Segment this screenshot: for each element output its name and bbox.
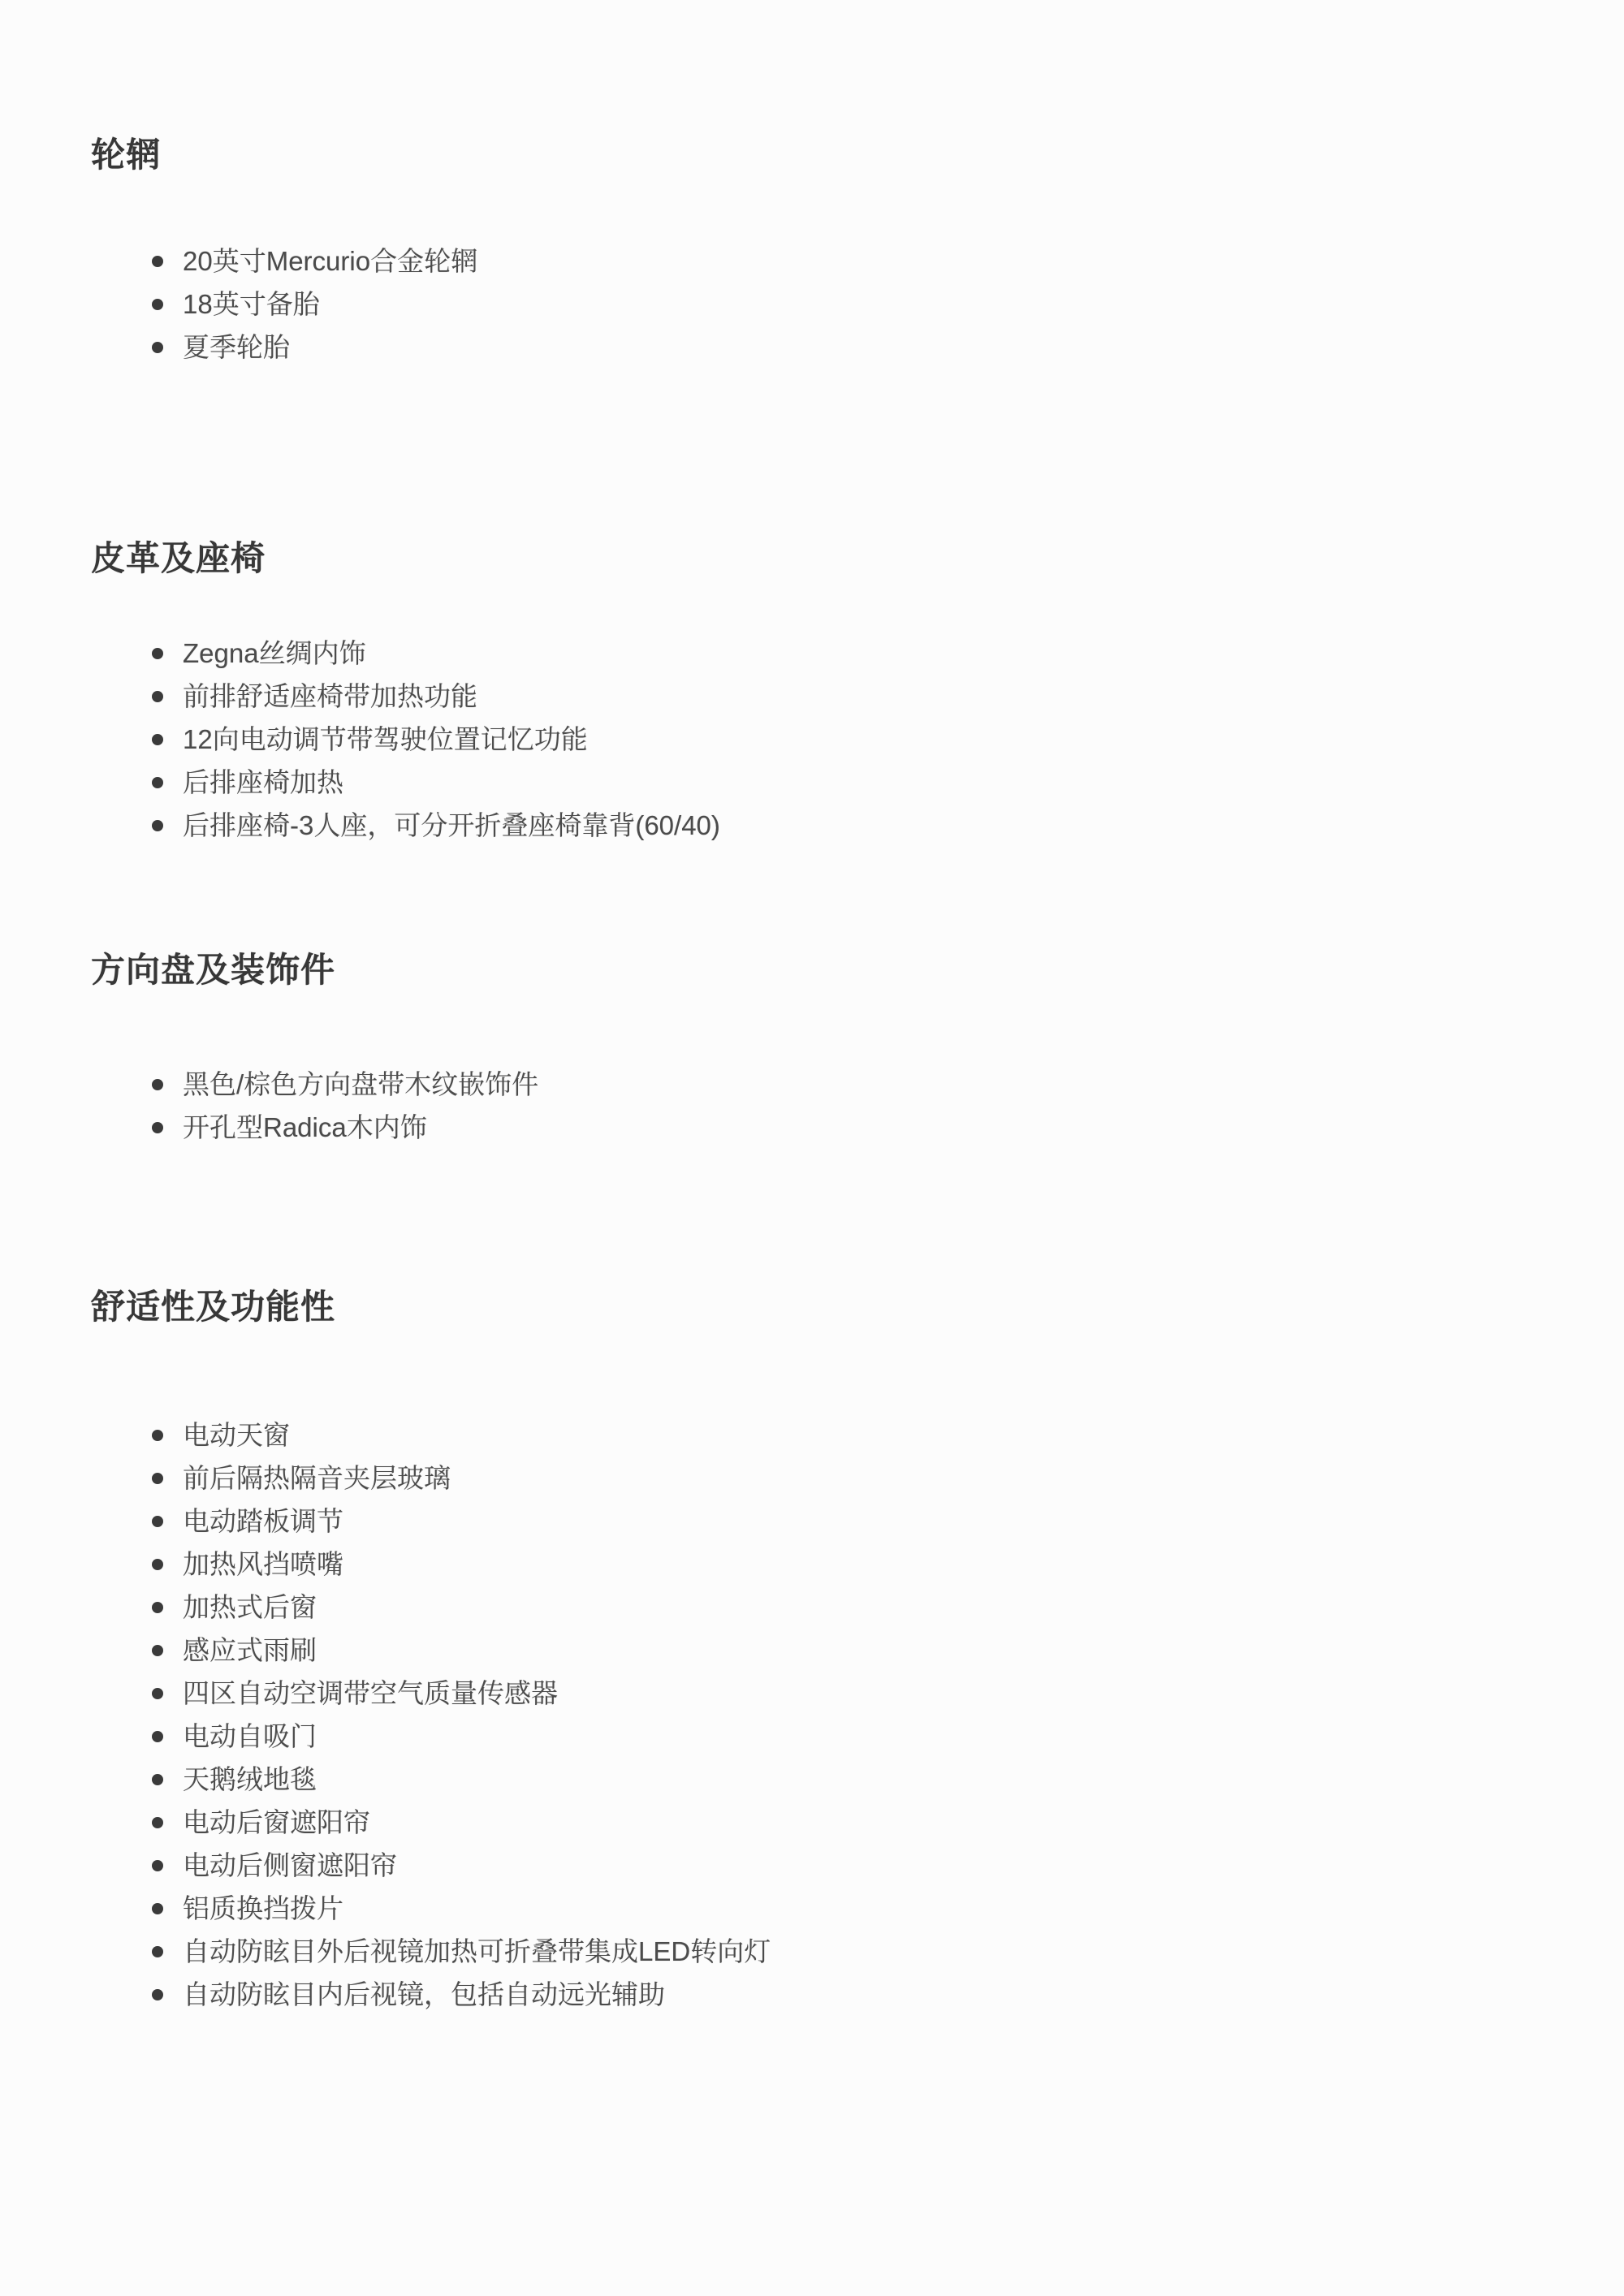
bullet-icon bbox=[152, 648, 163, 659]
section-steering-trim-list: 黑色/棕色方向盘带木纹嵌饰件 开孔型Radica木内饰 bbox=[91, 1063, 1559, 1149]
section-steering-trim: 方向盘及装饰件 黑色/棕色方向盘带木纹嵌饰件 开孔型Radica木内饰 bbox=[91, 951, 1559, 1149]
bullet-icon bbox=[152, 1946, 163, 1957]
feature-text: 电动后窗遮阳帘 bbox=[183, 1807, 370, 1837]
list-item: 自动防眩目内后视镜，包括自动远光辅助 bbox=[91, 1973, 1559, 2016]
list-item: 12向电动调节带驾驶位置记忆功能 bbox=[91, 718, 1559, 761]
feature-text: 夏季轮胎 bbox=[183, 332, 290, 362]
list-item: 黑色/棕色方向盘带木纹嵌饰件 bbox=[91, 1063, 1559, 1106]
feature-text: 电动天窗 bbox=[183, 1420, 290, 1450]
list-item: 加热风挡喷嘴 bbox=[91, 1543, 1559, 1586]
bullet-icon bbox=[152, 1989, 163, 2000]
bullet-icon bbox=[152, 734, 163, 745]
feature-text: Zegna丝绸内饰 bbox=[183, 638, 366, 668]
list-item: 前后隔热隔音夹层玻璃 bbox=[91, 1457, 1559, 1500]
feature-text: 后排座椅加热 bbox=[183, 767, 343, 797]
list-item: Zegna丝绸内饰 bbox=[91, 632, 1559, 675]
bullet-icon bbox=[152, 1688, 163, 1699]
list-item: 铝质换挡拨片 bbox=[91, 1887, 1559, 1930]
bullet-icon bbox=[152, 777, 163, 788]
section-comfort-function: 舒适性及功能性 电动天窗 前后隔热隔音夹层玻璃 电动踏板调节 加热风挡喷嘴 加热… bbox=[91, 1288, 1559, 2016]
section-wheels: 轮辋 20英寸Mercurio合金轮辋 18英寸备胎 夏季轮胎 bbox=[91, 136, 1559, 369]
bullet-icon bbox=[152, 1559, 163, 1570]
feature-text: 开孔型Radica木内饰 bbox=[183, 1112, 427, 1142]
bullet-icon bbox=[152, 1645, 163, 1656]
section-leather-seats: 皮革及座椅 Zegna丝绸内饰 前排舒适座椅带加热功能 12向电动调节带驾驶位置… bbox=[91, 539, 1559, 847]
list-item: 感应式雨刷 bbox=[91, 1629, 1559, 1672]
feature-text: 黑色/棕色方向盘带木纹嵌饰件 bbox=[183, 1069, 538, 1099]
feature-text: 18英寸备胎 bbox=[183, 289, 320, 319]
bullet-icon bbox=[152, 1122, 163, 1133]
section-leather-seats-list: Zegna丝绸内饰 前排舒适座椅带加热功能 12向电动调节带驾驶位置记忆功能 后… bbox=[91, 632, 1559, 847]
feature-text: 电动自吸门 bbox=[183, 1721, 317, 1751]
feature-text: 天鹅绒地毯 bbox=[183, 1764, 317, 1794]
section-wheels-list: 20英寸Mercurio合金轮辋 18英寸备胎 夏季轮胎 bbox=[91, 240, 1559, 369]
bullet-icon bbox=[152, 1430, 163, 1441]
feature-text: 前排舒适座椅带加热功能 bbox=[183, 681, 477, 711]
section-steering-trim-title: 方向盘及装饰件 bbox=[91, 951, 1559, 990]
list-item: 天鹅绒地毯 bbox=[91, 1758, 1559, 1801]
list-item: 电动后窗遮阳帘 bbox=[91, 1801, 1559, 1844]
feature-text: 感应式雨刷 bbox=[183, 1635, 317, 1665]
section-comfort-function-list: 电动天窗 前后隔热隔音夹层玻璃 电动踏板调节 加热风挡喷嘴 加热式后窗 感应式雨… bbox=[91, 1413, 1559, 2016]
section-comfort-function-title: 舒适性及功能性 bbox=[91, 1288, 1559, 1327]
bullet-icon bbox=[152, 1774, 163, 1785]
bullet-icon bbox=[152, 1516, 163, 1527]
list-item: 20英寸Mercurio合金轮辋 bbox=[91, 240, 1559, 283]
section-wheels-title: 轮辋 bbox=[91, 136, 1559, 175]
feature-text: 20英寸Mercurio合金轮辋 bbox=[183, 246, 477, 276]
list-item: 电动自吸门 bbox=[91, 1715, 1559, 1758]
bullet-icon bbox=[152, 1079, 163, 1090]
list-item: 电动踏板调节 bbox=[91, 1500, 1559, 1543]
bullet-icon bbox=[152, 1602, 163, 1613]
bullet-icon bbox=[152, 1860, 163, 1871]
section-leather-seats-title: 皮革及座椅 bbox=[91, 539, 1559, 578]
list-item: 夏季轮胎 bbox=[91, 326, 1559, 369]
bullet-icon bbox=[152, 820, 163, 831]
list-item: 后排座椅加热 bbox=[91, 761, 1559, 804]
list-item: 电动后侧窗遮阳帘 bbox=[91, 1844, 1559, 1887]
feature-text: 自动防眩目外后视镜加热可折叠带集成LED转向灯 bbox=[183, 1936, 771, 1966]
bullet-icon bbox=[152, 299, 163, 310]
list-item: 电动天窗 bbox=[91, 1413, 1559, 1457]
feature-text: 电动后侧窗遮阳帘 bbox=[183, 1850, 397, 1880]
list-item: 前排舒适座椅带加热功能 bbox=[91, 675, 1559, 718]
list-item: 自动防眩目外后视镜加热可折叠带集成LED转向灯 bbox=[91, 1930, 1559, 1973]
bullet-icon bbox=[152, 1817, 163, 1828]
list-item: 18英寸备胎 bbox=[91, 283, 1559, 326]
feature-text: 四区自动空调带空气质量传感器 bbox=[183, 1678, 558, 1708]
list-item: 开孔型Radica木内饰 bbox=[91, 1106, 1559, 1149]
list-item: 后排座椅-3人座，可分开折叠座椅靠背(60/40) bbox=[91, 804, 1559, 847]
bullet-icon bbox=[152, 1731, 163, 1742]
bullet-icon bbox=[152, 1473, 163, 1484]
feature-text: 前后隔热隔音夹层玻璃 bbox=[183, 1463, 451, 1493]
feature-text: 电动踏板调节 bbox=[183, 1506, 343, 1536]
feature-text: 加热式后窗 bbox=[183, 1592, 317, 1622]
spec-sheet: 轮辋 20英寸Mercurio合金轮辋 18英寸备胎 夏季轮胎 皮革及座椅 Ze… bbox=[0, 0, 1624, 2296]
bullet-icon bbox=[152, 256, 163, 267]
scanned-document-page: { "page": { "background_color": "#fcfcfc… bbox=[0, 0, 1624, 2296]
list-item: 四区自动空调带空气质量传感器 bbox=[91, 1672, 1559, 1715]
list-item: 加热式后窗 bbox=[91, 1586, 1559, 1629]
feature-text: 自动防眩目内后视镜，包括自动远光辅助 bbox=[183, 1979, 665, 2009]
bullet-icon bbox=[152, 342, 163, 353]
bullet-icon bbox=[152, 1903, 163, 1914]
feature-text: 后排座椅-3人座，可分开折叠座椅靠背(60/40) bbox=[183, 810, 720, 840]
feature-text: 12向电动调节带驾驶位置记忆功能 bbox=[183, 724, 588, 754]
bullet-icon bbox=[152, 691, 163, 702]
feature-text: 加热风挡喷嘴 bbox=[183, 1549, 343, 1579]
feature-text: 铝质换挡拨片 bbox=[183, 1893, 343, 1923]
